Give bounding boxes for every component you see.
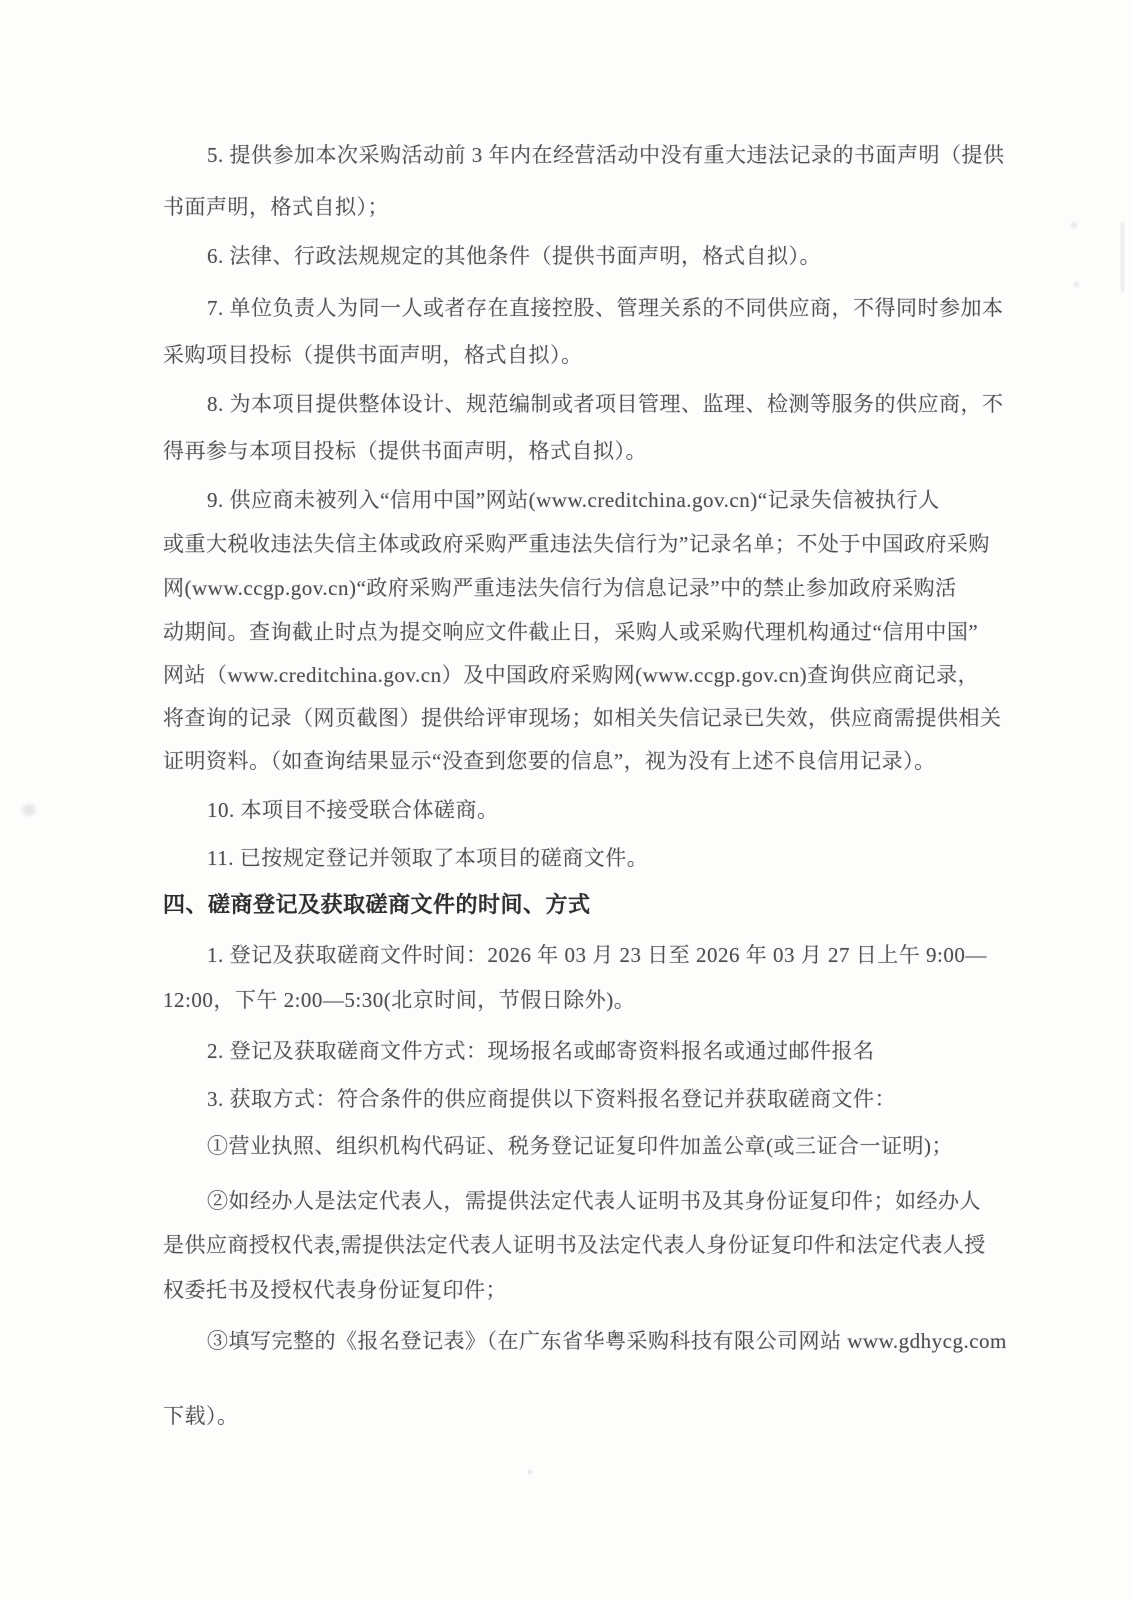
document-line: 将查询的记录（网页截图）提供给评审现场；如相关失信记录已失效，供应商需提供相关 xyxy=(163,704,1003,732)
document-line: 11. 已按规定登记并领取了本项目的磋商文件。 xyxy=(163,844,1047,872)
document-line: 6. 法律、行政法规规定的其他条件（提供书面声明，格式自拟）。 xyxy=(163,242,1047,270)
document-line: 网站（www.creditchina.gov.cn）及中国政府采购网(www.c… xyxy=(163,661,1003,689)
scan-speck xyxy=(22,804,36,816)
document-line: 下载）。 xyxy=(163,1402,1003,1430)
scan-speck xyxy=(1074,282,1079,287)
document-line: 动期间。查询截止时点为提交响应文件截止日，采购人或采购代理机构通过“信用中国” xyxy=(163,618,1003,646)
document-line: 9. 供应商未被列入“信用中国”网站(www.creditchina.gov.c… xyxy=(163,486,1047,514)
document-line: 得再参与本项目投标（提供书面声明，格式自拟）。 xyxy=(163,437,1003,465)
document-line: ③填写完整的《报名登记表》（在广东省华粤采购科技有限公司网站 www.gdhyc… xyxy=(163,1327,1047,1355)
section-heading: 四、磋商登记及获取磋商文件的时间、方式 xyxy=(163,891,1003,919)
document-line: 3. 获取方式：符合条件的供应商提供以下资料报名登记并获取磋商文件： xyxy=(163,1085,1047,1113)
document-line: 12:00，下午 2:00—5:30(北京时间，节假日除外)。 xyxy=(163,986,1003,1014)
document-line: 或重大税收违法失信主体或政府采购严重违法失信行为”记录名单；不处于中国政府采购 xyxy=(163,530,1003,558)
scanned-document-page: 5. 提供参加本次采购活动前 3 年内在经营活动中没有重大违法记录的书面声明（提… xyxy=(0,0,1131,1600)
document-line: 10. 本项目不接受联合体磋商。 xyxy=(163,796,1047,824)
document-line: ②如经办人是法定代表人，需提供法定代表人证明书及其身份证复印件；如经办人 xyxy=(163,1187,1047,1215)
scan-speck xyxy=(1071,222,1077,228)
scan-speck xyxy=(528,1470,532,1474)
document-line: 1. 登记及获取磋商文件时间：2026 年 03 月 23 日至 2026 年 … xyxy=(163,941,1047,969)
document-line: 网(www.ccgp.gov.cn)“政府采购严重违法失信行为信息记录”中的禁止… xyxy=(163,574,1003,602)
document-line: 是供应商授权代表,需提供法定代表人证明书及法定代表人身份证复印件和法定代表人授 xyxy=(163,1231,1003,1259)
document-line: 权委托书及授权代表身份证复印件； xyxy=(163,1276,1003,1304)
document-line: 5. 提供参加本次采购活动前 3 年内在经营活动中没有重大违法记录的书面声明（提… xyxy=(163,141,1047,169)
document-line: 书面声明，格式自拟）； xyxy=(163,193,1003,221)
document-line: 7. 单位负责人为同一人或者存在直接控股、管理关系的不同供应商，不得同时参加本 xyxy=(163,294,1047,322)
document-line: 证明资料。（如查询结果显示“没查到您要的信息”，视为没有上述不良信用记录）。 xyxy=(163,747,1003,775)
scan-streak xyxy=(1121,222,1124,292)
document-line: 采购项目投标（提供书面声明，格式自拟）。 xyxy=(163,341,1003,369)
document-line: 8. 为本项目提供整体设计、规范编制或者项目管理、监理、检测等服务的供应商，不 xyxy=(163,390,1047,418)
document-line: 2. 登记及获取磋商文件方式：现场报名或邮寄资料报名或通过邮件报名 xyxy=(163,1037,1047,1065)
document-line: ①营业执照、组织机构代码证、税务登记证复印件加盖公章(或三证合一证明)； xyxy=(163,1132,1047,1160)
